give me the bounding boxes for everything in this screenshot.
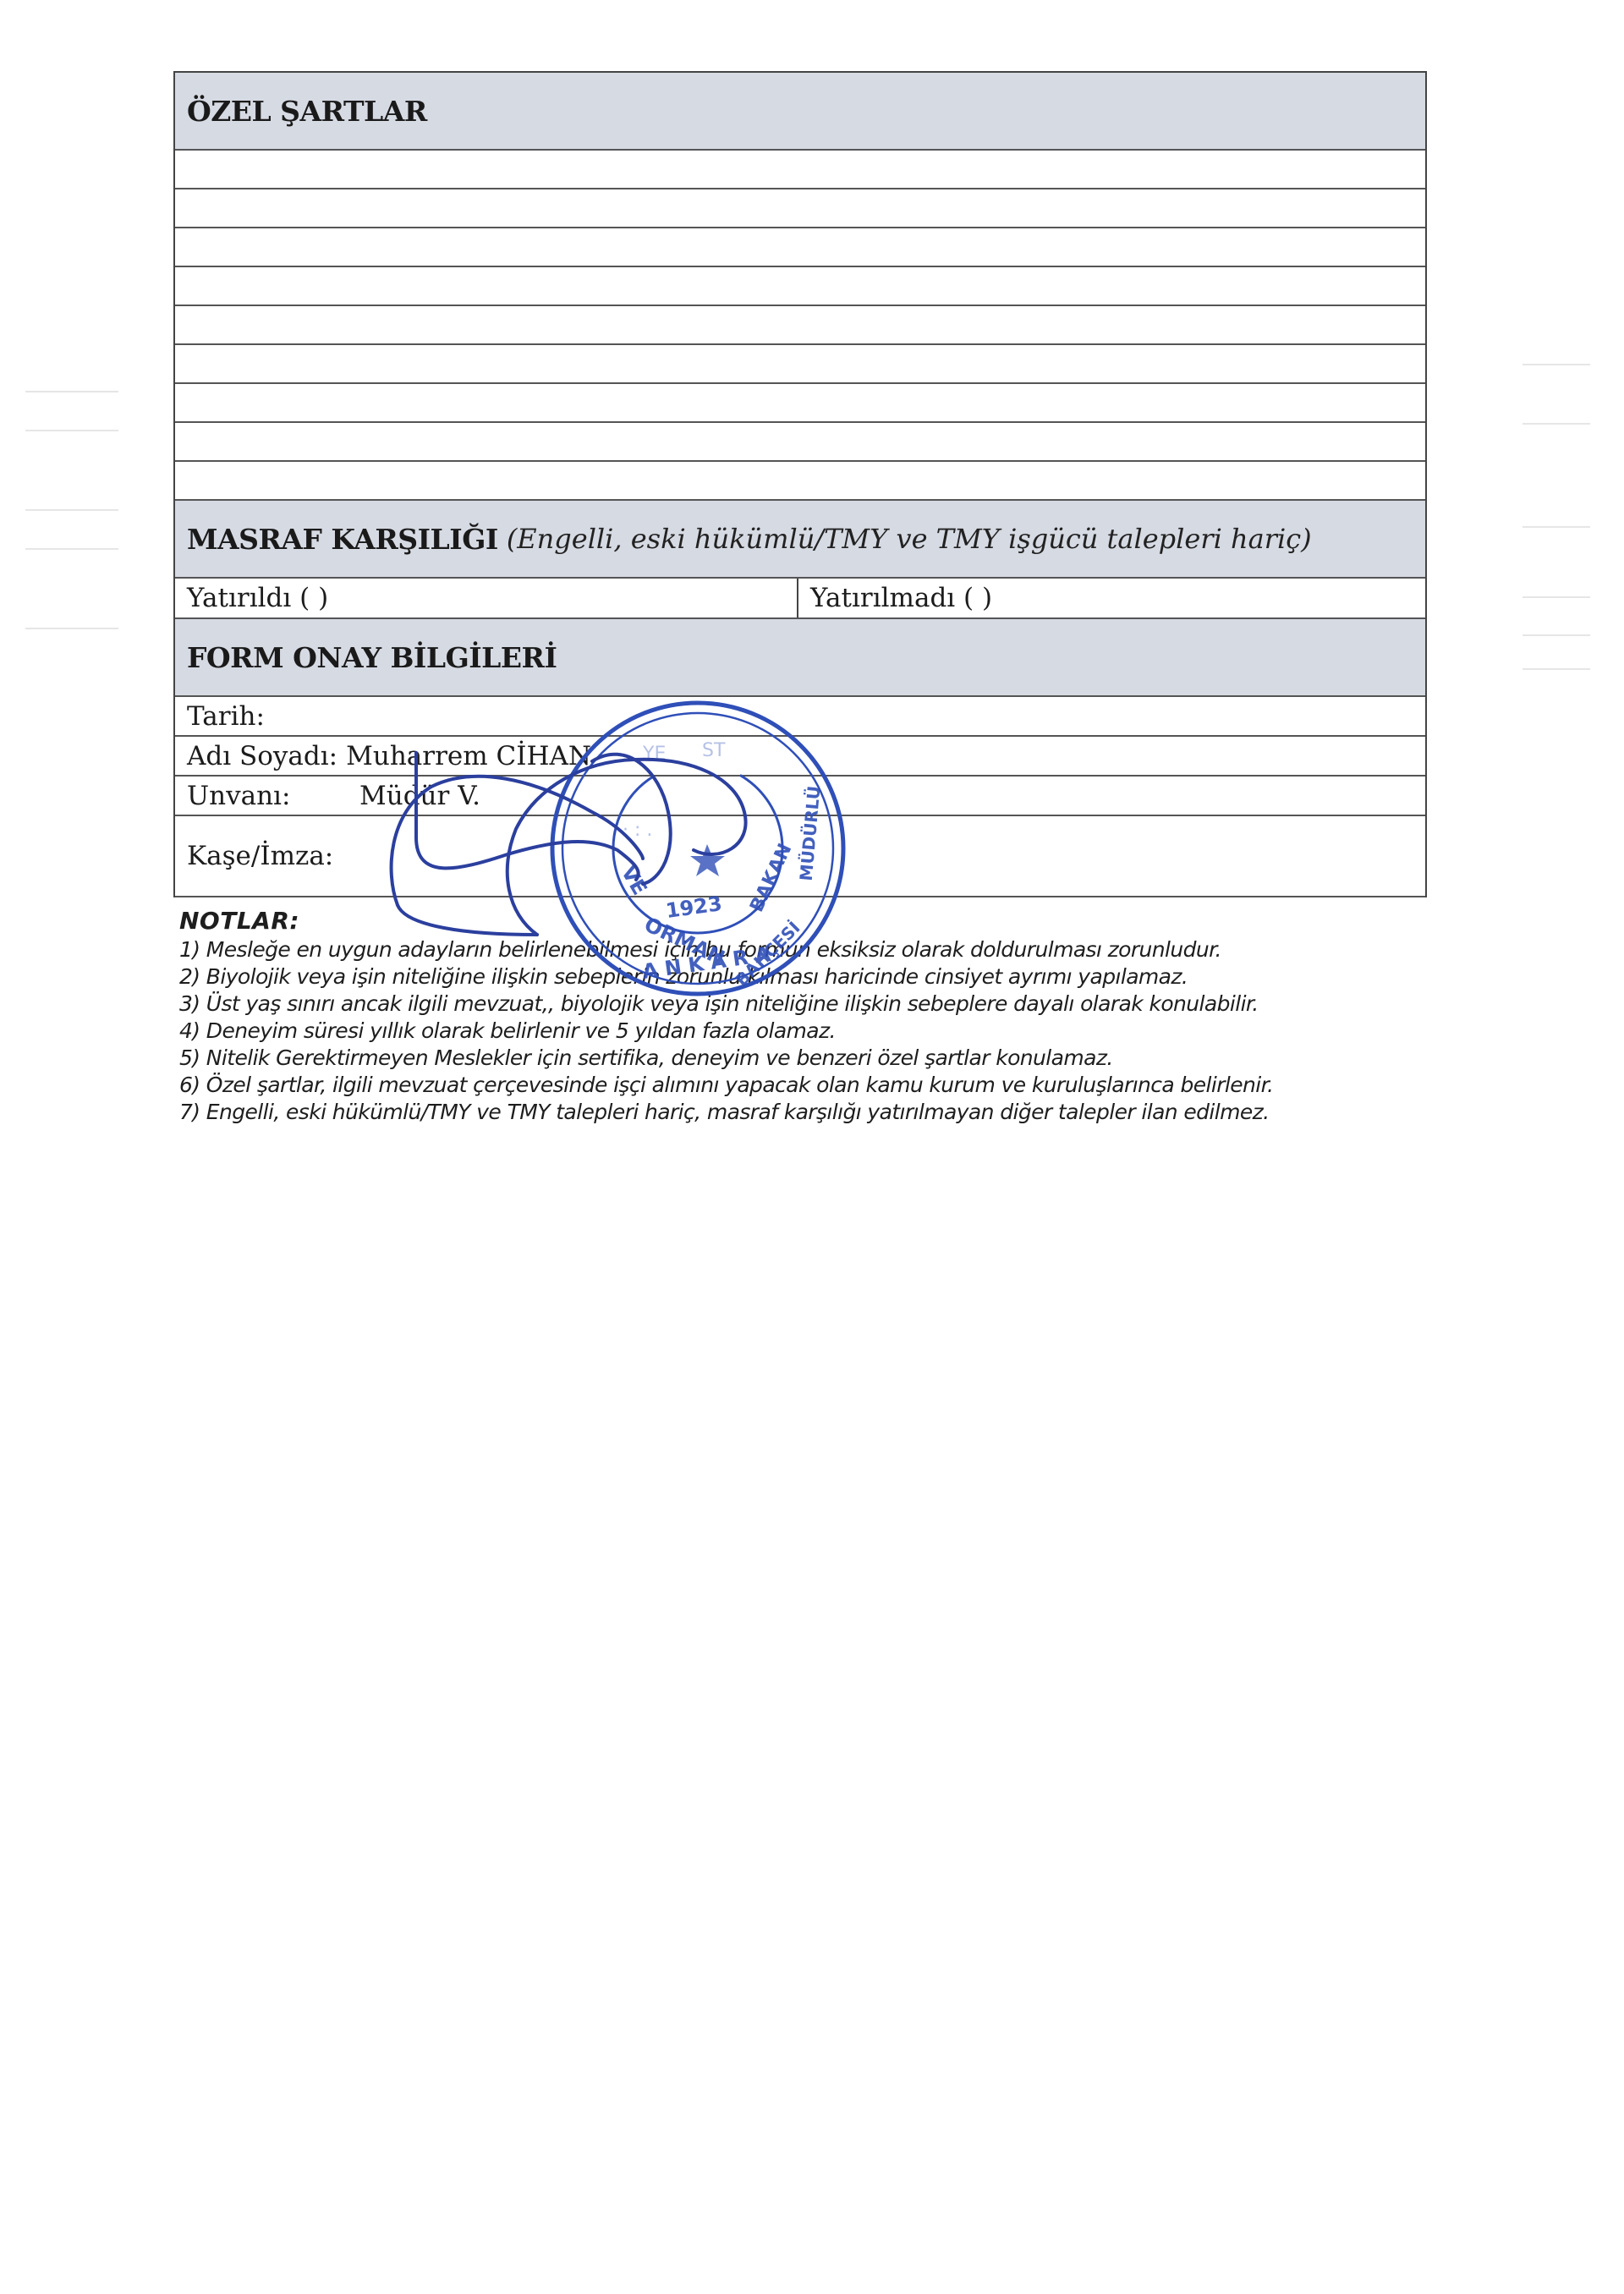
notes-title: NOTLAR:	[179, 907, 1448, 935]
expense-subtitle: (Engelli, eski hükümlü/TMY ve TMY işgücü…	[507, 523, 1312, 555]
scan-artifact	[1522, 634, 1590, 636]
special-conditions-title: ÖZEL ŞARTLAR	[187, 95, 427, 128]
scan-artifact	[25, 509, 118, 511]
notes-list: 1) Mesleğe en uygun adayların belirleneb…	[179, 936, 1448, 1126]
scan-artifact	[1522, 526, 1590, 528]
date-row: Tarih:	[175, 697, 1425, 737]
stamp-signature-label: Kaşe/İmza:	[187, 841, 333, 871]
special-condition-row[interactable]	[175, 151, 1425, 189]
approval-title: FORM ONAY BİLGİLERİ	[187, 641, 557, 674]
paid-option[interactable]: Yatırıldı ( )	[175, 579, 798, 617]
scan-artifact	[25, 430, 118, 431]
special-condition-row[interactable]	[175, 267, 1425, 306]
title-value: Müdür V.	[359, 781, 480, 811]
unpaid-option[interactable]: Yatırılmadı ( )	[798, 579, 992, 617]
special-conditions-header: ÖZEL ŞARTLAR	[175, 73, 1425, 151]
title-label: Unvanı:	[187, 781, 290, 811]
notes-section: NOTLAR: 1) Mesleğe en uygun adayların be…	[179, 907, 1448, 1126]
date-label: Tarih:	[187, 701, 265, 732]
scan-artifact	[25, 628, 118, 629]
note-item: 2) Biyolojik veya işin niteliğine ilişki…	[179, 963, 1448, 991]
name-value: Muharrem CİHAN	[346, 741, 591, 771]
note-item: 1) Mesleğe en uygun adayların belirleneb…	[179, 936, 1448, 963]
note-item: 3) Üst yaş sınırı ancak ilgili mevzuat,,…	[179, 991, 1448, 1018]
title-row: Unvanı: Müdür V.	[175, 777, 1425, 816]
scan-artifact	[25, 548, 118, 550]
scan-artifact	[1522, 423, 1590, 425]
name-row: Adı Soyadı: Muharrem CİHAN	[175, 737, 1425, 777]
note-item: 4) Deneyim süresi yıllık olarak belirlen…	[179, 1018, 1448, 1045]
stamp-signature-row: Kaşe/İmza:	[175, 816, 1425, 897]
scan-artifact	[1522, 668, 1590, 670]
expense-header: MASRAF KARŞILIĞI (Engelli, eski hükümlü/…	[175, 501, 1425, 579]
special-conditions-rows	[175, 151, 1425, 501]
note-item: 6) Özel şartlar, ilgili mevzuat çerçeves…	[179, 1072, 1448, 1099]
special-condition-row[interactable]	[175, 462, 1425, 501]
note-item: 5) Nitelik Gerektirmeyen Meslekler için …	[179, 1045, 1448, 1072]
special-condition-row[interactable]	[175, 306, 1425, 345]
special-condition-row[interactable]	[175, 345, 1425, 384]
special-condition-row[interactable]	[175, 384, 1425, 423]
approval-header: FORM ONAY BİLGİLERİ	[175, 619, 1425, 697]
expense-title: MASRAF KARŞILIĞI	[187, 523, 498, 556]
scan-artifact	[1522, 596, 1590, 598]
special-condition-row[interactable]	[175, 228, 1425, 267]
note-item: 7) Engelli, eski hükümlü/TMY ve TMY tale…	[179, 1099, 1448, 1126]
special-condition-row[interactable]	[175, 423, 1425, 462]
scan-artifact	[25, 391, 118, 392]
name-label: Adı Soyadı:	[187, 741, 337, 771]
special-condition-row[interactable]	[175, 189, 1425, 228]
scan-artifact	[1522, 364, 1590, 365]
job-request-form: ÖZEL ŞARTLAR MASRAF KARŞILIĞI (Engelli, …	[173, 71, 1427, 897]
expense-options-row: Yatırıldı ( ) Yatırılmadı ( )	[175, 579, 1425, 619]
